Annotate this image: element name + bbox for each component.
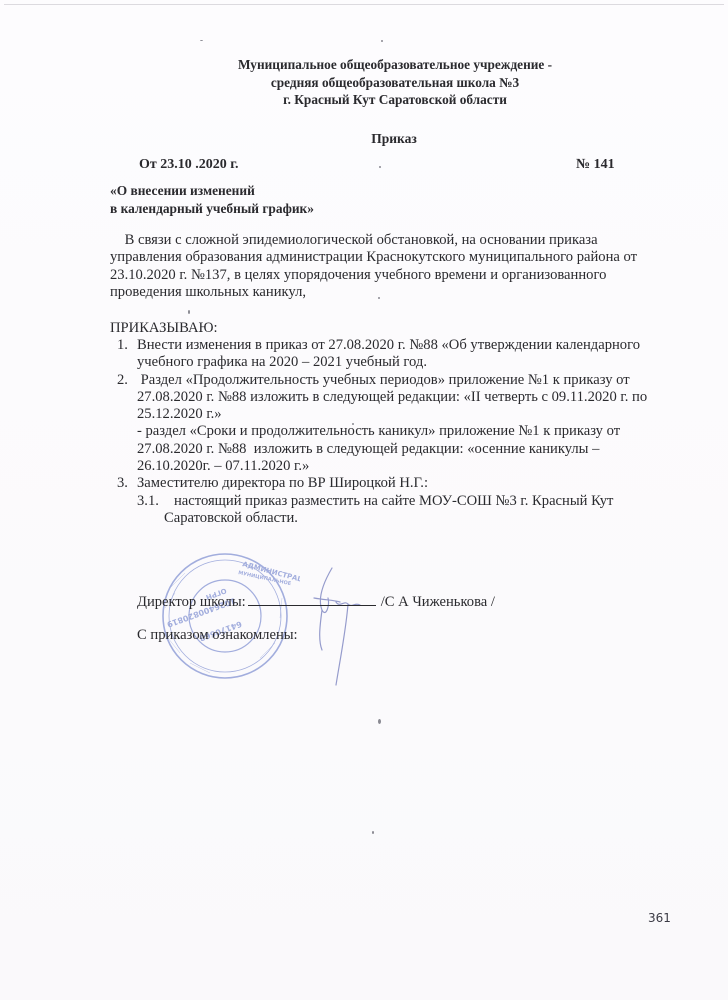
item-line: Заместителю директора по ВР Широцкой Н.Г… xyxy=(110,475,670,492)
order-number: № 141 xyxy=(576,157,615,173)
order-date: От 23.10 .2020 г. xyxy=(139,157,239,173)
header-line: г. Красный Кут Саратовской области xyxy=(62,91,728,109)
subject-line: в календарный учебный график» xyxy=(110,200,314,218)
scan-speck xyxy=(378,297,380,299)
scan-speck xyxy=(378,719,381,724)
item-number: 3. xyxy=(117,475,128,492)
order-subitem-3-1: 3.1. настоящий приказ разместить на сайт… xyxy=(110,493,670,528)
item-line: Раздел «Продолжительность учебных период… xyxy=(110,372,670,389)
institution-header: Муниципальное общеобразовательное учрежд… xyxy=(0,56,728,109)
scan-speck xyxy=(188,310,190,314)
official-stamp-icon: АДМИНИСТРАЦИЯ МУНИЦИПАЛЬНОЕ 64170668 102… xyxy=(130,548,300,684)
header-line: средняя общеобразовательная школа №3 xyxy=(62,74,728,92)
order-items-list: 1. Внести изменения в приказ от 27.08.20… xyxy=(110,337,670,527)
item-line: Внести изменения в приказ от 27.08.2020 … xyxy=(110,337,670,354)
scan-edge xyxy=(4,4,724,5)
preamble-line: 23.10.2020 г. №137, в целях упорядочения… xyxy=(110,267,670,284)
preamble-line: управления образования администрации Кра… xyxy=(110,249,670,266)
subitem-line: настоящий приказ разместить на сайте МОУ… xyxy=(110,493,670,510)
header-line: Муниципальное общеобразовательное учрежд… xyxy=(62,56,728,74)
item-line: 26.10.2020г. – 07.11.2020 г.» xyxy=(110,458,670,475)
order-subject: «О внесении изменений в календарный учеб… xyxy=(110,182,314,217)
subitem-number: 3.1. xyxy=(137,493,159,510)
director-signature-line: Директор школы:/С А Чиженькова / xyxy=(137,594,495,611)
order-item-2: 2. Раздел «Продолжительность учебных пер… xyxy=(110,372,670,476)
preamble-line: проведения школьных каникул, xyxy=(110,284,670,301)
order-item-1: 1. Внести изменения в приказ от 27.08.20… xyxy=(110,337,670,372)
handwritten-signature-icon xyxy=(300,560,380,690)
item-number: 1. xyxy=(117,337,128,354)
scan-speck xyxy=(381,40,383,42)
item-number: 2. xyxy=(117,372,128,389)
item-line: 27.08.2020 г. №88 изложить в следующей р… xyxy=(110,441,670,458)
scan-speck xyxy=(200,40,203,41)
order-item-3: 3. Заместителю директора по ВР Широцкой … xyxy=(110,475,670,492)
scan-speck xyxy=(379,166,381,168)
item-line: учебного графика на 2020 – 2021 учебный … xyxy=(110,354,670,371)
order-directive: ПРИКАЗЫВАЮ: xyxy=(110,320,218,337)
acquainted-label: С приказом ознакомлены: xyxy=(137,627,298,644)
document-title: Приказ xyxy=(30,131,728,147)
preamble: В связи с сложной эпидемиологической обс… xyxy=(110,232,670,301)
scan-speck xyxy=(372,831,374,834)
item-line: - раздел «Сроки и продолжительность кани… xyxy=(110,423,670,440)
director-label: Директор школы: xyxy=(137,594,246,610)
preamble-line: В связи с сложной эпидемиологической обс… xyxy=(110,232,670,249)
item-line: 25.12.2020 г.» xyxy=(110,406,670,423)
signature-underline xyxy=(248,605,376,606)
scan-speck xyxy=(352,423,354,425)
item-line: 27.08.2020 г. №88 изложить в следующей р… xyxy=(110,389,670,406)
document-page: Муниципальное общеобразовательное учрежд… xyxy=(0,0,728,1000)
subject-line: «О внесении изменений xyxy=(110,182,314,200)
subitem-line: Саратовской области. xyxy=(110,510,670,527)
page-number: 361 xyxy=(648,911,671,925)
director-name: /С А Чиженькова / xyxy=(381,594,495,610)
